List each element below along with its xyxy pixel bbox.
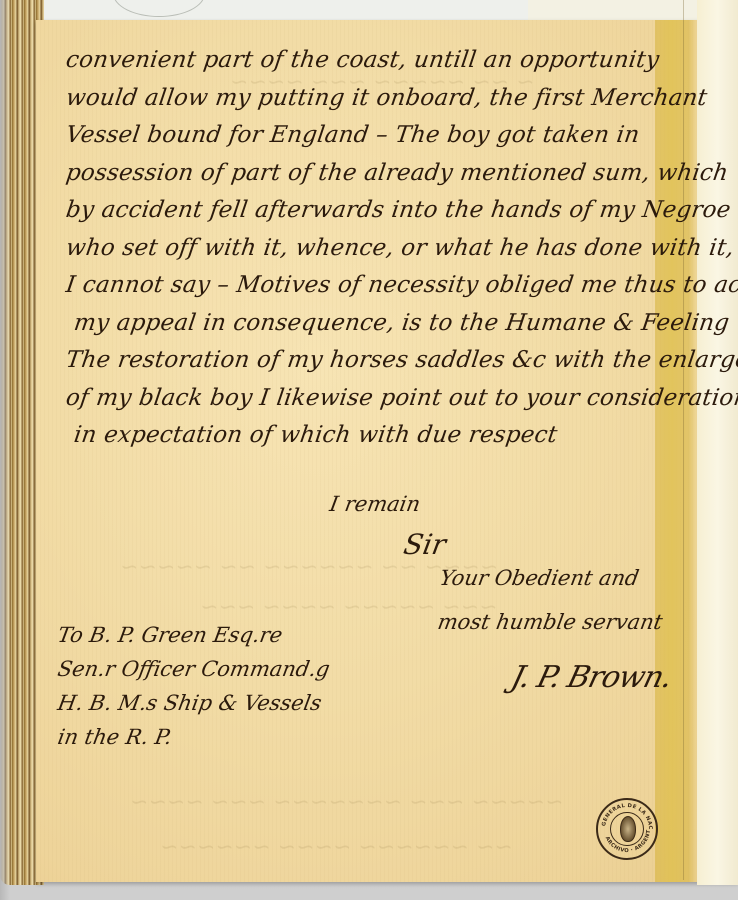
underlying-stamp-trace: [113, 0, 205, 17]
closing-salutation: Sir: [401, 528, 448, 561]
body-line: of my black boy I likewise point out to …: [63, 380, 678, 418]
body-line: my appeal in consequence, is to the Huma…: [63, 305, 678, 343]
letter-body: convenient part of the coast, untill an …: [66, 42, 676, 455]
closing-line-2: most humble servant: [436, 610, 664, 634]
body-line: Vessel bound for England – The boy got t…: [63, 117, 678, 155]
signature: J. P. Brown.: [508, 660, 676, 695]
body-line: who set off with it, whence, or what he …: [63, 230, 678, 268]
document-scan: ~ ~~ ~~~~~ ~~~ ~~~~ ~~~~ ~~ ~~~~~~ ~~ ~~…: [0, 0, 738, 900]
closing-line-1: Your Obedient and: [438, 566, 641, 590]
body-line: convenient part of the coast, untill an …: [63, 42, 678, 80]
closing-remain: I remain: [328, 492, 422, 516]
archive-stamp: GENERAL DE LA NACION ARCHIVO · ARGENTINA: [596, 798, 658, 860]
body-line: by accident fell afterwards into the han…: [63, 192, 678, 230]
argentine-coat-of-arms-icon: [620, 816, 636, 842]
address-line: Sen.r Officer Command.g: [55, 652, 333, 686]
address-line: H. B. M.s Ship & Vessels: [55, 686, 333, 720]
address-block: To B. P. Green Esq.re Sen.r Officer Comm…: [58, 618, 330, 754]
bleed-through-text: ~~~~~ ~~~ ~~~~~~~ ~~~ ~~~~: [128, 790, 566, 815]
body-line: The restoration of my horses saddles &c …: [63, 342, 678, 380]
address-line: To B. P. Green Esq.re: [55, 618, 333, 652]
right-paper-margin: [697, 0, 738, 885]
address-line: in the R. P.: [55, 720, 333, 754]
body-line: I cannot say – Motives of necessity obli…: [63, 267, 678, 305]
bleed-through-text: ~~ ~~~~~~ ~~~~ ~~~~~~: [158, 835, 515, 860]
fold-line: [683, 0, 684, 880]
body-line: possession of part of the already mentio…: [63, 155, 678, 193]
body-line: in expectation of which with due respect: [63, 417, 678, 455]
edge-shadow: [0, 0, 10, 900]
body-line: would allow my putting it onboard, the f…: [63, 80, 678, 118]
